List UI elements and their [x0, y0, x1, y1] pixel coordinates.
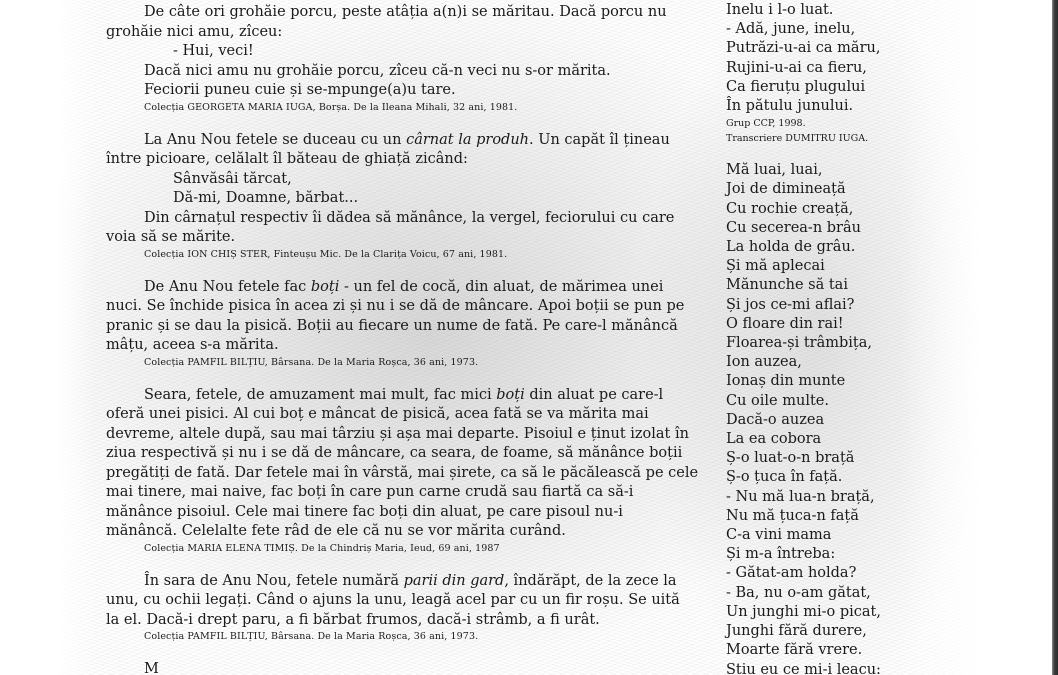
source-citation: Transcriere DUMITRU IUGA. [726, 131, 906, 146]
spacer [106, 115, 700, 131]
poem-line: Știu eu ce mi-i leacu: [726, 661, 906, 675]
text-line-partial: M [106, 660, 700, 675]
text-segment: . Un capăt îl țineau [529, 132, 670, 148]
text-line: oferă unei pisici. Al cui boț e mâncat d… [106, 405, 700, 425]
poem-line: Junghi fără durere, [726, 622, 906, 641]
poem-line: Ș-o țuca în față. [726, 468, 906, 487]
poem-line: Ion auzea, [726, 353, 906, 372]
spacer [106, 644, 700, 660]
text-line: Dacă nici amu nu grohăie porcu, zîceu că… [106, 62, 700, 82]
poem-line: - Ba, nu o-am gătat, [726, 584, 906, 603]
text-line: devreme, altele după, sau mai târziu și … [106, 425, 700, 445]
text-line: între picioare, celălalt îl băteau de gh… [106, 150, 700, 170]
poem-line: La holda de grâu. [726, 238, 906, 257]
poem-line: Mănunche să tai [726, 276, 906, 295]
poem-line: Mă luai, luai, [726, 161, 906, 180]
source-citation: Colecția GEORGETA MARIA IUGA, Borșa. De … [106, 101, 700, 115]
poem-line: C-a vini mama [726, 526, 906, 545]
text-line: De Anu Nou fetele fac boți - un fel de c… [106, 278, 700, 298]
entry-porcu: De câte ori grohăie porcu, peste atâția … [106, 3, 700, 115]
source-citation: Colecția PAMFIL BILȚIU, Bârsana. De la M… [106, 630, 700, 644]
text-line: Feciorii puneu cuie și se-mpunge(a)u tar… [106, 81, 700, 101]
poem-line: - Adă, june, inelu, [726, 20, 906, 39]
right-column: Inelu i l-o luat. - Adă, june, inelu, Pu… [726, 1, 906, 675]
text-line: grohăie nici amu, zîceu: [106, 23, 700, 43]
poem-line: Ca fieruțu plugului [726, 78, 906, 97]
poem-line: - Gătat-am holda? [726, 564, 906, 583]
poem-line: Putrăzi-u-ai ca măru, [726, 39, 906, 58]
entry-carnat: La Anu Nou fetele se duceau cu un cârnat… [106, 131, 700, 262]
entry-seara-boti: Seara, fetele, de amuzament mai mult, fa… [106, 386, 700, 556]
poem-line: La ea cobora [726, 430, 906, 449]
text-line: Din cârnațul respectiv îi dădea să mănân… [106, 209, 700, 229]
spacer [726, 146, 906, 161]
text-line: ziua respectivă și nu i se dă de mâncare… [106, 444, 700, 464]
poem-line: Joi de dimineață [726, 180, 906, 199]
text-segment: De Anu Nou fetele fac [144, 279, 311, 295]
source-citation: Colecția MARIA ELENA TIMIȘ. De la Chindr… [106, 542, 700, 556]
entry-cut-off: M [106, 660, 700, 675]
page-margin-right [900, 0, 1052, 675]
source-citation: Colecția ION CHIȘ STER, Finteușu Mic. De… [106, 248, 700, 262]
source-citation: Colecția PAMFIL BILȚIU, Bârsana. De la M… [106, 356, 700, 370]
poem-inelu: Inelu i l-o luat. - Adă, june, inelu, Pu… [726, 1, 906, 146]
poem-line: Dacă-o auzea [726, 411, 906, 430]
text-line: În sara de Anu Nou, fetele numără parii … [106, 572, 700, 592]
text-line: mănâncă. Celelalte fete râd de ele că nu… [106, 522, 700, 542]
poem-line: Rujini-u-ai ca fieru, [726, 59, 906, 78]
verse-line: - Hui, veci! [106, 42, 700, 62]
text-line: Seara, fetele, de amuzament mai mult, fa… [106, 386, 700, 406]
poem-line: Cu rochie creață, [726, 200, 906, 219]
text-line: unu, cu ochii legați. Când o ajuns la un… [106, 591, 700, 611]
text-line: mai tinere, mai naive, fac boți în care … [106, 483, 700, 503]
text-line: nuci. Se închide pisica în acea zi și nu… [106, 297, 700, 317]
text-segment: Seara, fetele, de amuzament mai mult, fa… [144, 387, 496, 403]
poem-line: Floarea-și trâmbița, [726, 334, 906, 353]
poem-line: Un junghi mi-o picat, [726, 603, 906, 622]
poem-line: Cu oile multe. [726, 392, 906, 411]
text-line: voia să se mărite. [106, 228, 700, 248]
italic-term: boți [311, 279, 339, 295]
page-edge-shadow [1052, 0, 1058, 675]
verse-line: Dă-mi, Doamne, bărbat... [106, 189, 700, 209]
poem-line: Ionaș din munte [726, 372, 906, 391]
italic-term: cârnat la produh [406, 132, 529, 148]
text-segment: , îndărăpt, de la zece la [504, 573, 676, 589]
spacer [106, 556, 700, 572]
poem-line: Inelu i l-o luat. [726, 1, 906, 20]
spacer [106, 262, 700, 278]
text-segment: La Anu Nou fetele se duceau cu un [144, 132, 406, 148]
italic-term: boți [496, 387, 524, 403]
text-line: pregătiți de fată. Dar fetele mai în vâr… [106, 464, 700, 484]
poem-line: Și mă aplecai [726, 257, 906, 276]
text-line: De câte ori grohăie porcu, peste atâția … [106, 3, 700, 23]
text-line: pranic și se dau la pisică. Boții au fie… [106, 317, 700, 337]
text-line: mâțu, aceea s-a mărita. [106, 336, 700, 356]
poem-line: O floare din rai! [726, 315, 906, 334]
source-citation: Grup CCP, 1998. [726, 116, 906, 131]
entry-parii-din-gard: În sara de Anu Nou, fetele numără parii … [106, 572, 700, 645]
poem-line: Și m-a întreba: [726, 545, 906, 564]
spacer [106, 370, 700, 386]
poem-line: Ș-o luat-o-n brață [726, 449, 906, 468]
poem-line: În pătulu junului. [726, 97, 906, 116]
entry-boti-pisica: De Anu Nou fetele fac boți - un fel de c… [106, 278, 700, 370]
text-segment: - un fel de cocă, din aluat, de mărimea … [339, 279, 663, 295]
verse-line: Sânvăsâi tărcat, [106, 170, 700, 190]
poem-line: - Nu mă lua-n brață, [726, 488, 906, 507]
left-column: De câte ori grohăie porcu, peste atâția … [106, 3, 700, 675]
italic-term: parii din gard [404, 573, 505, 589]
text-line: La Anu Nou fetele se duceau cu un cârnat… [106, 131, 700, 151]
poem-line: Și jos ce-mi aflai? [726, 296, 906, 315]
text-line: mănânce pisoiul. Cele mai tinere fac boț… [106, 503, 700, 523]
poem-line: Moarte fără vrere. [726, 641, 906, 660]
poem-line: Nu mă țuca-n față [726, 507, 906, 526]
text-segment: În sara de Anu Nou, fetele numără [144, 573, 404, 589]
page-margin-left [0, 0, 95, 675]
poem-line: Cu secerea-n brâu [726, 219, 906, 238]
poem-ma-luai: Mă luai, luai, Joi de dimineață Cu rochi… [726, 161, 906, 675]
text-segment: din aluat pe care-l [525, 387, 663, 403]
text-line: la el. Dacă-i drept paru, a fi bărbat fr… [106, 611, 700, 631]
